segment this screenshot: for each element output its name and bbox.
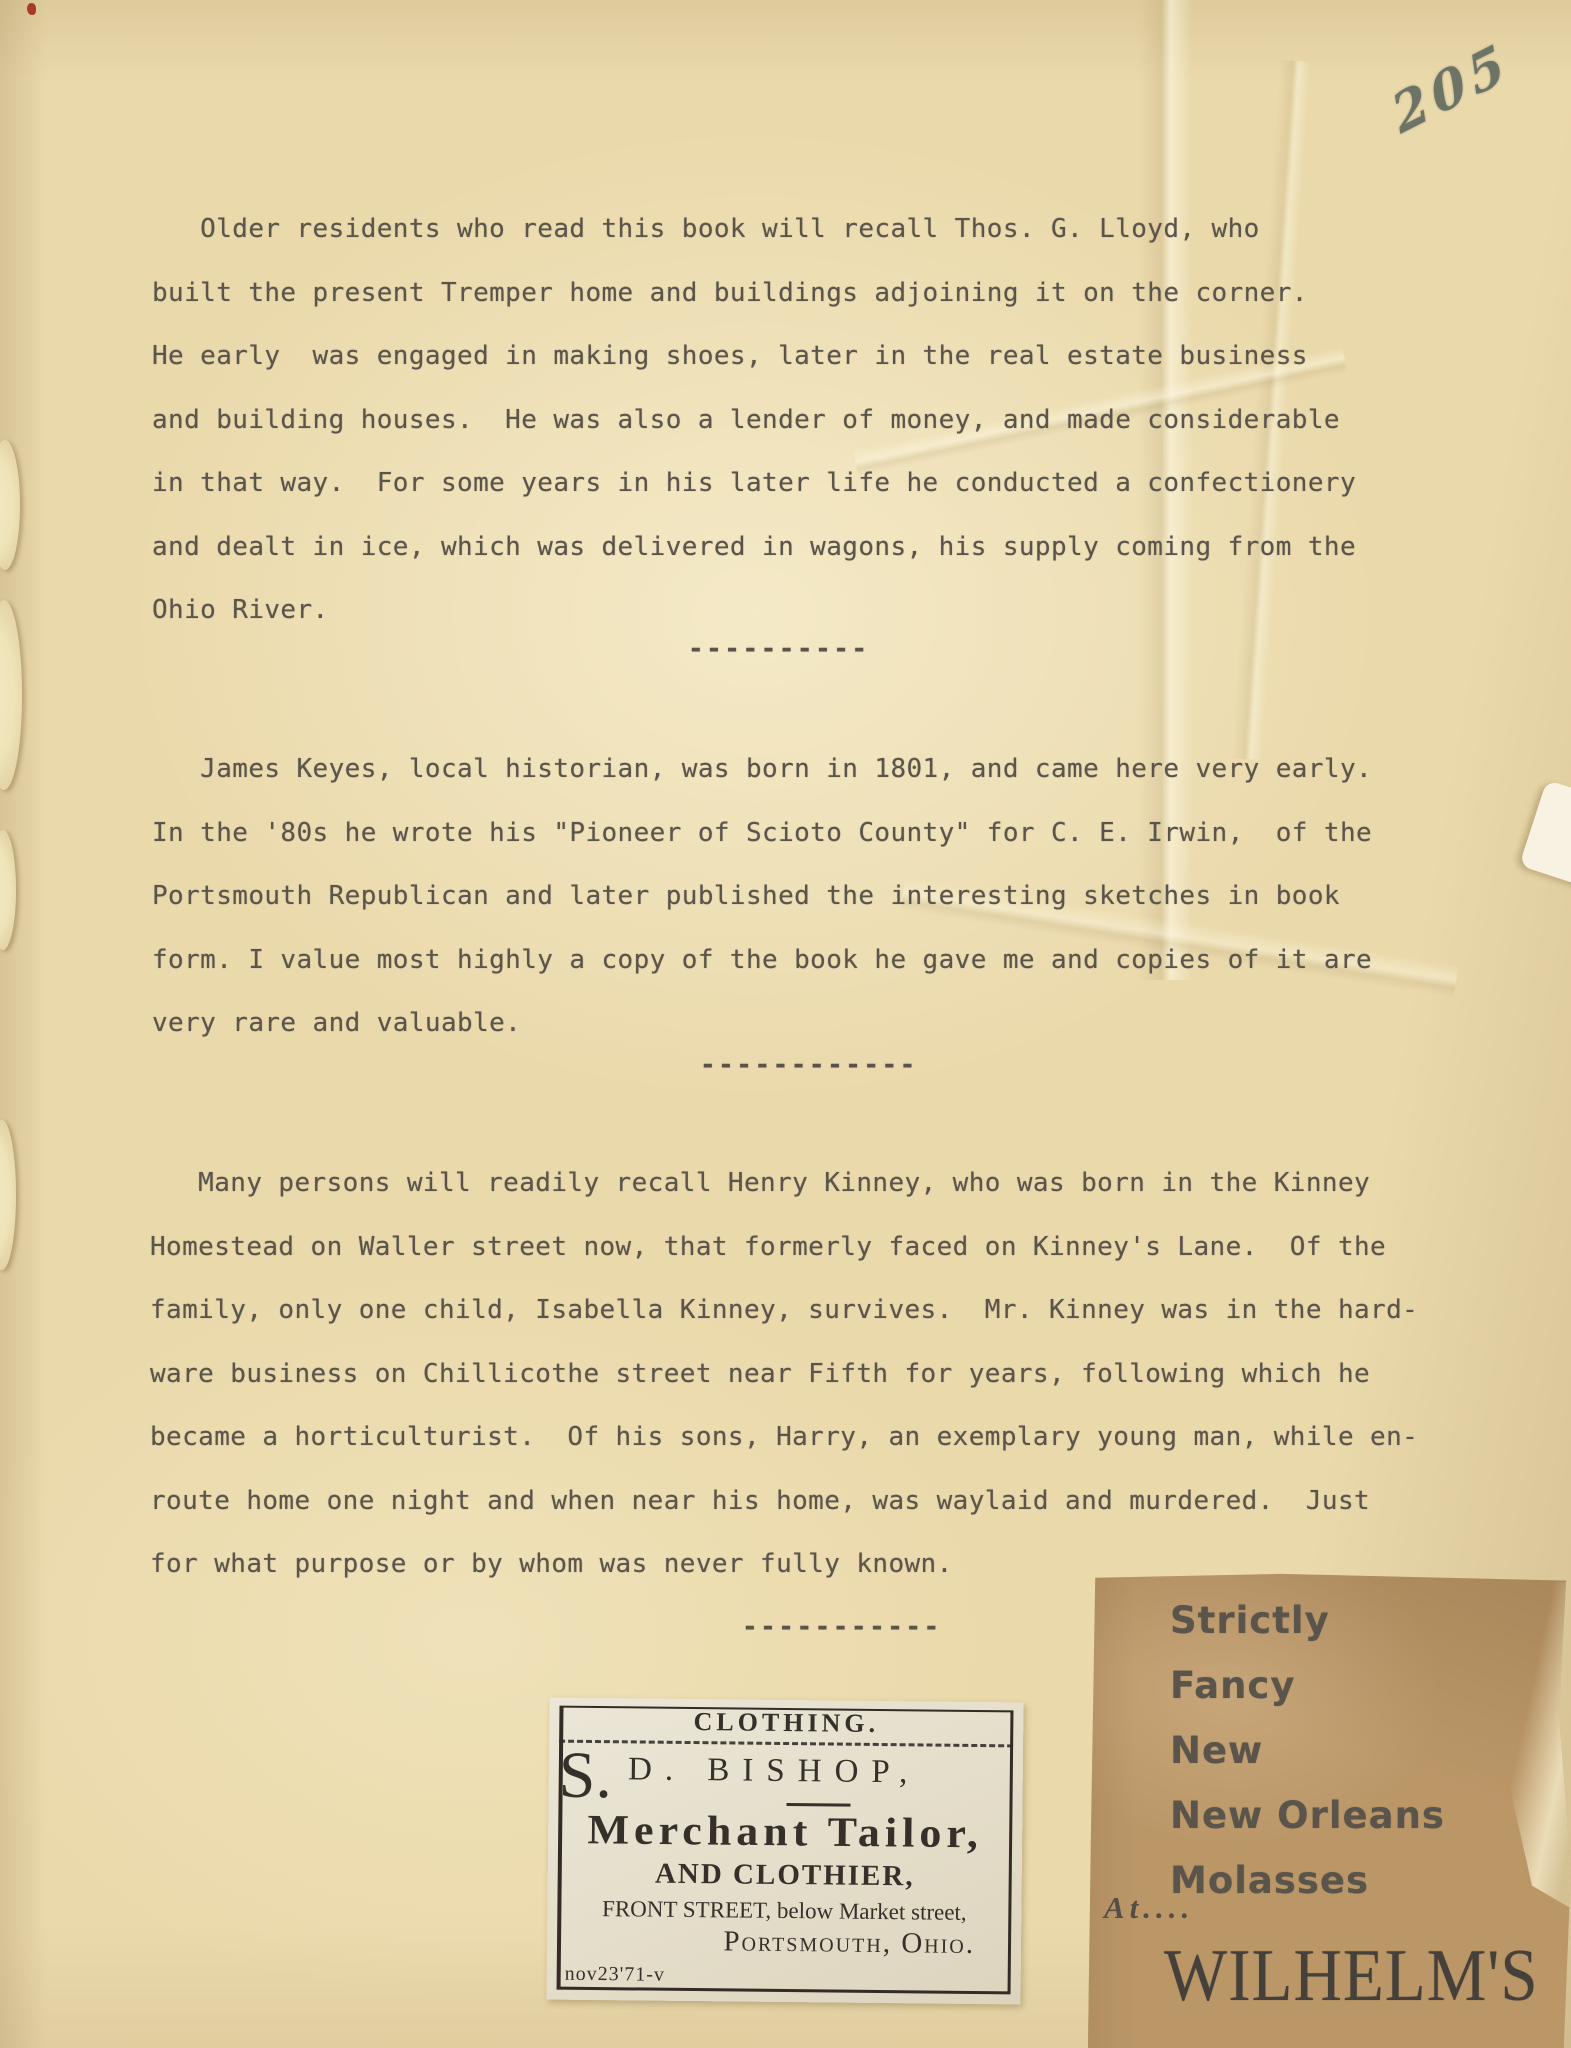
- red-mark: [27, 3, 36, 15]
- torn-edge: [0, 600, 22, 790]
- paragraph-lloyd: Older residents who read this book will …: [152, 198, 1356, 643]
- torn-edge: [0, 1120, 16, 1270]
- bishop-clipping: CLOTHING. S. D. BISHOP, Merchant Tailor,…: [546, 1698, 1023, 2005]
- wilhelms-store-name: WILHELM'S: [1164, 1934, 1539, 2019]
- handwritten-page-number: 205: [1385, 31, 1518, 147]
- bishop-tailor-line: Merchant Tailor,: [548, 1805, 1022, 1858]
- page-corner-fold: [1519, 780, 1571, 890]
- torn-edge: [0, 440, 20, 570]
- torn-edge: [0, 830, 16, 950]
- torn-fold: [1477, 1582, 1571, 1912]
- paragraph-keyes: James Keyes, local historian, was born i…: [152, 738, 1372, 1056]
- wilhelms-product-lines: Strictly Fancy New New Orleans Molasses: [1170, 1588, 1445, 1913]
- scanned-page: 205 Older residents who read this book w…: [0, 0, 1571, 2048]
- paragraph-kinney: Many persons will readily recall Henry K…: [150, 1152, 1418, 1597]
- section-divider-1: ----------: [688, 634, 870, 664]
- bishop-date-code: nov23'71-v: [565, 1963, 666, 1987]
- wilhelms-clipping: Strictly Fancy New New Orleans Molasses …: [1088, 1572, 1571, 2048]
- wilhelms-at-label: At....: [1104, 1890, 1194, 1926]
- section-divider-2: ------------: [700, 1050, 918, 1080]
- section-divider-3: -----------: [742, 1612, 942, 1642]
